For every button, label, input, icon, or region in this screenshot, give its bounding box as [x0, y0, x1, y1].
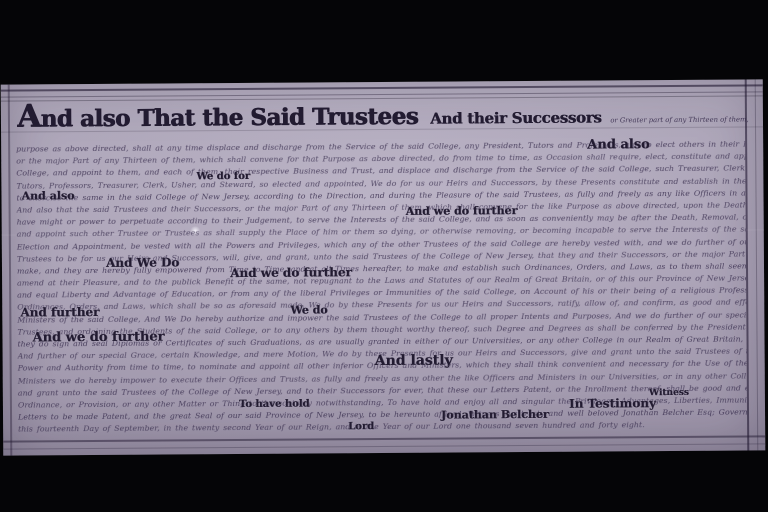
top-rule-line — [1, 84, 763, 91]
left-rule-line — [8, 85, 13, 456]
charter-heading-main: And also That the Said Trustees — [17, 96, 418, 135]
bottom-rule-line-2 — [3, 443, 765, 449]
charter-photograph: And also That the Said Trustees And thei… — [1, 79, 766, 455]
charter-heading: And also That the Said Trustees And thei… — [17, 93, 749, 134]
manuscript-body: purpose as above directed, shall at any … — [16, 138, 747, 436]
photographic-slide: And also That the Said Trustees And thei… — [0, 0, 768, 512]
charter-heading-secondary: And their Successors — [430, 108, 601, 127]
right-rule-line-2 — [755, 79, 759, 450]
bottom-rule-line — [3, 435, 765, 442]
charter-heading-trailing-script: or Greater part of any Thirteen of them,… — [610, 115, 749, 124]
